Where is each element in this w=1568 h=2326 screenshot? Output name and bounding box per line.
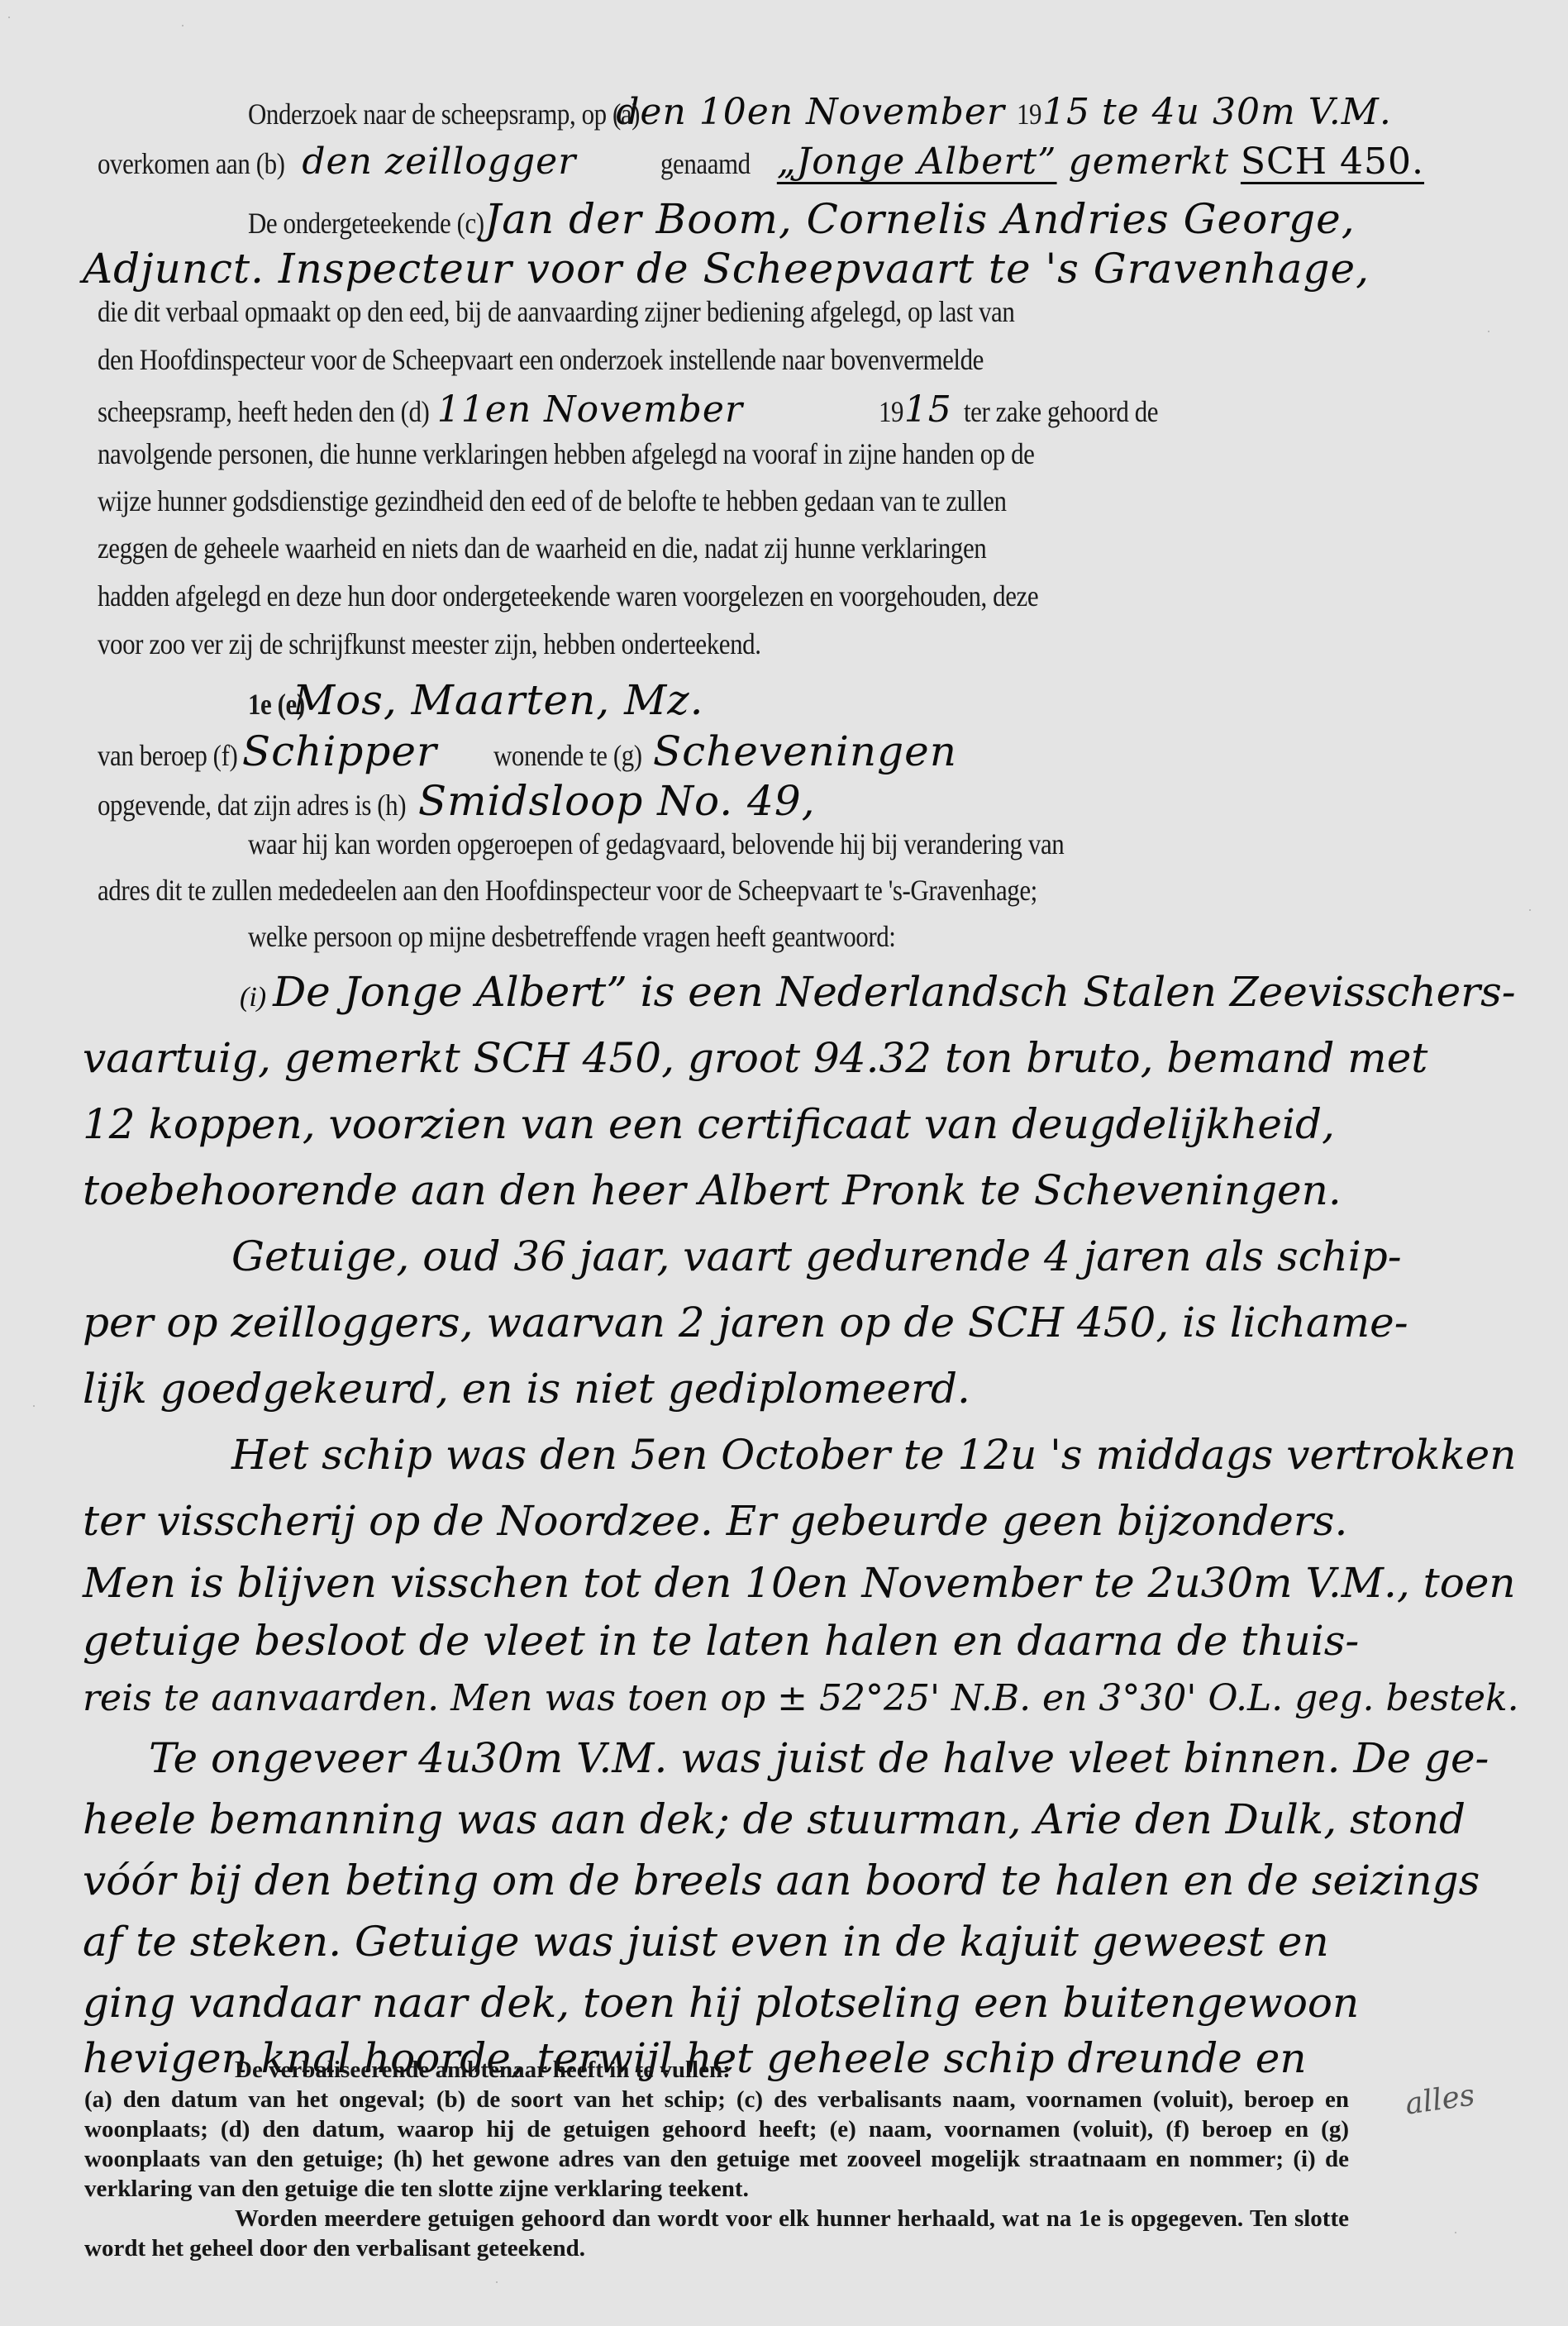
- handwritten-hearing-date: 11en November: [437, 388, 867, 431]
- handwritten-accident-time: te 4u 30m V.M.: [1102, 91, 1392, 133]
- statement-line: ging vandaar naar dek, toen hij plotseli…: [83, 1972, 1562, 2033]
- body-line-7: voor zoo ver zij de schrijfkunst meester…: [98, 627, 869, 661]
- undersigned-line: De ondergeteekende (c) Jan der Boom, Cor…: [248, 195, 1356, 243]
- statement-line: per op zeilloggers, waarvan 2 jaren op d…: [83, 1289, 1562, 1356]
- instructions-heading: De verbaliseerende ambtenaar heeft in te…: [84, 2055, 1349, 2085]
- handwritten-ship-name: „Jonge Albert”: [777, 141, 1057, 183]
- handwritten-residence: Scheveningen: [653, 727, 957, 775]
- statement-line: getuige besloot de vleet in te laten hal…: [83, 1612, 1562, 1670]
- summons-line-3: welke persoon op mijne desbetreffende vr…: [248, 919, 1001, 954]
- statement-line: ter visscherij op de Noordzee. Er gebeur…: [83, 1488, 1562, 1554]
- scan-speck: [496, 2281, 498, 2283]
- instructions-body: (a) den datum van het ongeval; (b) de so…: [84, 2085, 1349, 2204]
- statement-text: De Jonge Albert” is een Nederlandsch Sta…: [273, 968, 1516, 1016]
- body-text: navolgende personen, die hunne verklarin…: [98, 436, 1034, 471]
- handwritten-official-title: Adjunct. Inspecteur voor de Scheepvaart …: [83, 245, 1370, 293]
- body-text: zeggen de geheele waarheid en niets dan …: [98, 531, 986, 565]
- body-text: den Hoofdinspecteur voor de Scheepvaart …: [98, 342, 984, 377]
- statement-label: (i): [240, 982, 266, 1013]
- handwritten-address: Smidsloop No. 49,: [418, 777, 816, 825]
- residence-label: wonende te (g): [493, 738, 642, 773]
- body-text: hadden afgelegd en deze hun door onderge…: [98, 579, 1038, 613]
- margin-note: alles: [1404, 2078, 1477, 2121]
- handwritten-registration: SCH 450.: [1241, 141, 1424, 183]
- printed-hearing-prefix: scheepsramp, heeft heden den (d): [98, 394, 429, 429]
- instructions-closing: Worden meerdere getuigen gehoord dan wor…: [84, 2204, 1349, 2263]
- statement-line: Te ongeveer 4u30m V.M. was juist de halv…: [83, 1728, 1562, 1789]
- printed-named-label: genaamd: [660, 146, 751, 181]
- body-text: wijze hunner godsdienstige gezindheid de…: [98, 484, 1007, 518]
- body-line-3: navolgende personen, die hunne verklarin…: [98, 436, 1187, 471]
- scan-speck: [182, 25, 183, 26]
- statement-line: reis te aanvaarden. Men was toen op ± 52…: [83, 1670, 1562, 1728]
- statement-line: vaartuig, gemerkt SCH 450, groot 94.32 t…: [83, 1025, 1562, 1091]
- body-text: adres dit te zullen mededeelen aan den H…: [98, 873, 1037, 908]
- statement-line: (i)De Jonge Albert” is een Nederlandsch …: [83, 959, 1562, 1025]
- body-text: welke persoon op mijne desbetreffende vr…: [248, 919, 895, 954]
- body-line-1: die dit verbaal opmaakt op den eed, bij …: [98, 294, 1164, 329]
- handwritten-year-suffix: 15: [904, 388, 952, 431]
- address-label: opgevende, dat zijn adres is (h): [98, 788, 406, 822]
- statement-line: Getuige, oud 36 jaar, vaart gedurende 4 …: [83, 1223, 1562, 1289]
- witness-statement: (i)De Jonge Albert” is een Nederlandsch …: [83, 959, 1562, 2083]
- body-line-6: hadden afgelegd en deze hun door onderge…: [98, 579, 1191, 613]
- occupation-label: van beroep (f): [98, 738, 237, 773]
- witness-occupation-line: van beroep (f) Schipper wonende te (g) S…: [98, 727, 957, 775]
- handwritten-accident-date: den 10en November: [616, 91, 1005, 133]
- statement-line: lijk goedgekeurd, en is niet gediplomeer…: [83, 1356, 1562, 1422]
- statement-line: vóór bij den beting om de breels aan boo…: [83, 1850, 1562, 1911]
- witness-name-line: 1e (e) Mos, Maarten, Mz.: [248, 676, 704, 724]
- statement-line: Men is blijven visschen tot den 10en Nov…: [83, 1554, 1562, 1612]
- printed-occurred-prefix: overkomen aan (b): [98, 146, 285, 181]
- handwritten-year-suffix: 15: [1042, 91, 1090, 133]
- scan-speck: [8, 17, 10, 18]
- body-line-5: zeggen de geheele waarheid en niets dan …: [98, 531, 1131, 565]
- handwritten-occupation: Schipper: [242, 727, 482, 775]
- body-text: die dit verbaal opmaakt op den eed, bij …: [98, 294, 1014, 329]
- scan-speck: [1488, 331, 1489, 332]
- printed-undersigned-prefix: De ondergeteekende (c): [248, 206, 484, 241]
- printed-hearing-suffix: ter zake gehoord de: [964, 394, 1158, 429]
- body-text: voor zoo ver zij de schrijfkunst meester…: [98, 627, 761, 661]
- scan-speck: [33, 1405, 35, 1407]
- body-line-2: den Hoofdinspecteur voor de Scheepvaart …: [98, 342, 1127, 377]
- ship-line: overkomen aan (b) den zeillogger genaamd…: [98, 141, 1424, 183]
- official-title-line: Adjunct. Inspecteur voor de Scheepvaart …: [83, 245, 1370, 293]
- hearing-date-line: scheepsramp, heeft heden den (d) 11en No…: [98, 388, 1189, 431]
- summons-line-1: waar hij kan worden opgeroepen of gedagv…: [248, 827, 1197, 861]
- scan-speck: [1529, 909, 1531, 911]
- inquiry-date-line: Onderzoek naar de scheepsramp, op (a) de…: [248, 91, 1392, 133]
- statement-line: heele bemanning was aan dek; de stuurman…: [83, 1789, 1562, 1850]
- body-line-4: wijze hunner godsdienstige gezindheid de…: [98, 484, 1155, 518]
- printed-year-prefix: 19: [1017, 97, 1041, 131]
- form-instructions: De verbaliseerende ambtenaar heeft in te…: [84, 2055, 1349, 2263]
- summons-line-2: adres dit te zullen mededeelen aan den H…: [98, 873, 1190, 908]
- statement-line: toebehoorende aan den heer Albert Pronk …: [83, 1157, 1562, 1223]
- document-page: Onderzoek naar de scheepsramp, op (a) de…: [0, 0, 1568, 2326]
- handwritten-official-name: Jan der Boom, Cornelis Andries George,: [484, 195, 1355, 243]
- printed-year-prefix: 19: [879, 394, 903, 429]
- scan-speck: [1455, 2232, 1456, 2233]
- witness-number-label: 1e (e): [248, 687, 305, 722]
- handwritten-marked: gemerkt: [1069, 141, 1229, 183]
- witness-address-line: opgevende, dat zijn adres is (h) Smidslo…: [98, 777, 816, 825]
- printed-inquiry-prefix: Onderzoek naar de scheepsramp, op (a): [248, 97, 640, 131]
- statement-line: 12 koppen, voorzien van een certificaat …: [83, 1091, 1562, 1157]
- handwritten-ship-type: den zeillogger: [302, 141, 649, 183]
- statement-line: af te steken. Getuige was juist even in …: [83, 1911, 1562, 1972]
- handwritten-witness-name: Mos, Maarten, Mz.: [293, 676, 704, 724]
- body-text: waar hij kan worden opgeroepen of gedagv…: [248, 827, 1064, 861]
- statement-line: Het schip was den 5en October te 12u 's …: [83, 1422, 1562, 1488]
